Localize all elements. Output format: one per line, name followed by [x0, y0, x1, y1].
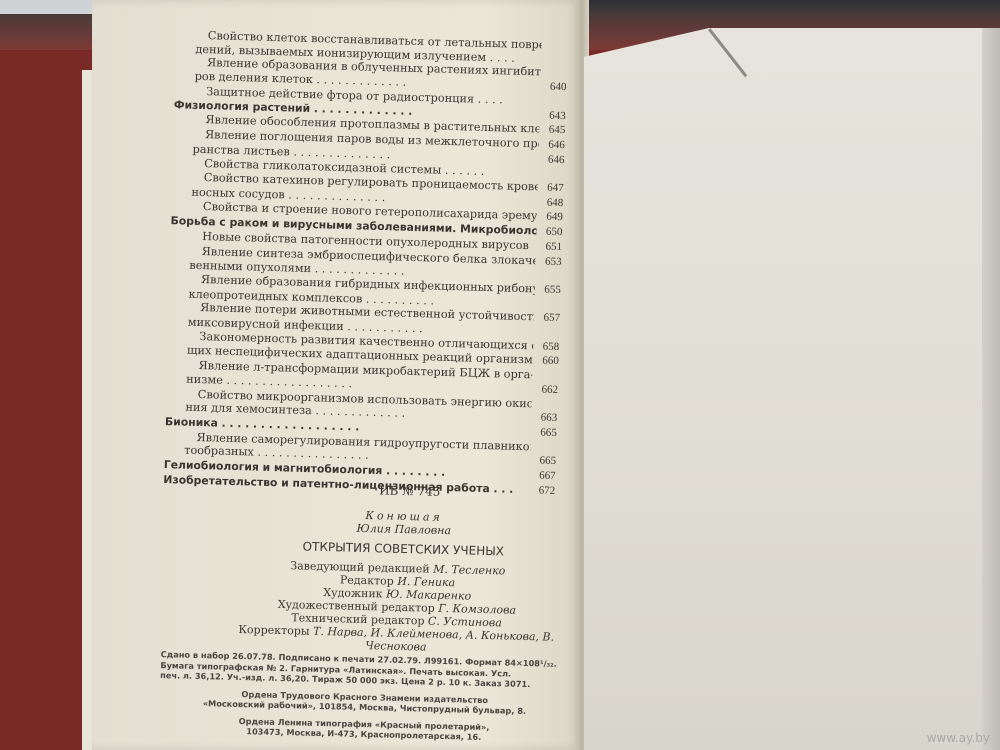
right-page-blank	[584, 28, 1000, 750]
toc-page-number	[534, 335, 560, 336]
toc-page-number: 649	[537, 211, 563, 225]
toc-page-number: 663	[531, 412, 557, 426]
toc-page-number: 646	[538, 153, 564, 167]
toc-page-number	[540, 104, 566, 105]
toc-page-number	[541, 76, 567, 77]
imprint-block: ИБ № 745 Конюшая Юлия Павловна ОТКРЫТИЯ …	[154, 478, 580, 745]
toc-page-number: 665	[530, 455, 556, 469]
toc-page-number: 660	[533, 355, 559, 369]
toc-page-number	[532, 378, 558, 379]
page-edge	[982, 28, 1000, 750]
toc-page-number: 643	[540, 109, 566, 123]
table-of-contents: Свойство клеток восстанавливаться от лет…	[155, 28, 568, 498]
toc-page-number: 640	[540, 81, 566, 95]
toc-page-number: 648	[537, 196, 563, 210]
toc-page-number	[538, 177, 564, 178]
watermark: www.ay.by	[927, 731, 990, 745]
toc-page-number	[541, 62, 567, 63]
toc-page-number	[535, 279, 561, 280]
toc-page-number: 665	[531, 426, 557, 440]
toc-page-number: 651	[536, 240, 562, 254]
toc-page-number	[534, 307, 560, 308]
credits: Заведующий редакцией М. ТесленкоРедактор…	[216, 557, 578, 657]
toc-page-number	[532, 407, 558, 408]
publisher: Ордена Трудового Красного Знамени издате…	[154, 686, 574, 717]
toc-page-number: 657	[534, 312, 560, 326]
toc-page-number	[542, 48, 568, 49]
toc-page-number: 646	[539, 138, 565, 152]
toc-page-number: 655	[535, 283, 561, 297]
toc-page-number: 662	[532, 383, 558, 397]
toc-page-number	[530, 450, 556, 451]
toc-page-number: 667	[529, 469, 555, 483]
toc-page-number: 645	[539, 124, 565, 138]
book-title: ОТКРЫТИЯ СОВЕТСКИХ УЧЕНЫХ	[228, 538, 578, 561]
toc-page-number: 653	[535, 255, 561, 269]
toc-page-number: 647	[537, 181, 563, 195]
toc-page-number: 650	[536, 226, 562, 240]
toc-page-number: 658	[533, 340, 559, 354]
